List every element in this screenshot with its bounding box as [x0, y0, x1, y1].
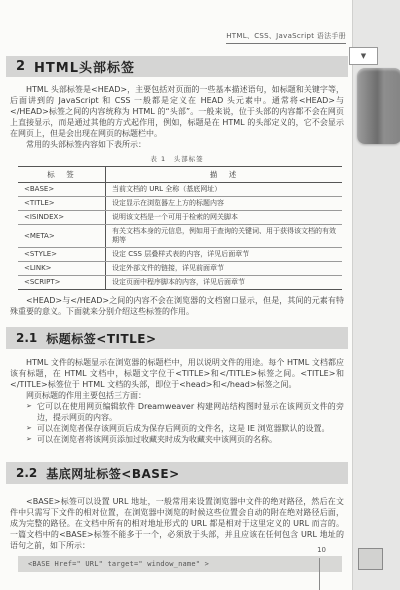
bullet-item: ➢ 可以在浏览者将该网页添加过收藏夹时成为收藏夹中该网页的名称。 [26, 434, 344, 445]
code-block: <BASE Href=" URL" target=" window_name" … [18, 556, 342, 572]
section21-paragraph-2: 网页标题的作用主要包括三方面： [6, 390, 348, 401]
table-header-row: 标 签 描 述 [18, 167, 342, 183]
table-row: <STYLE> 设定 CSS 层叠样式表的内容，详见后面章节 [18, 248, 342, 262]
section21-paragraph-1: HTML 文件的标题显示在浏览器的标题栏中，用以说明文件的用途。每个 HTML … [6, 357, 348, 390]
chapter-heading: 2 HTML头部标签 [6, 56, 348, 77]
section-number: 2.1 [16, 331, 37, 345]
page-number-rule [319, 558, 320, 590]
bottom-side-tab [358, 548, 383, 570]
section-heading-2-1: 2.1 标题标签<TITLE> [6, 327, 348, 349]
cell-desc: 当前文档的 URL 全称（基底网址） [105, 183, 342, 197]
arrow-bullet-icon: ➢ [26, 423, 37, 434]
bullet-item: ➢ 可以在浏览者保存该网页后成为保存后网页的文件名，这是 IE 浏览器默认的设置… [26, 423, 344, 434]
cell-desc: 设定页面中程序脚本的内容，详见后面章节 [105, 276, 342, 290]
dropdown-button: ▼ [349, 47, 378, 65]
arrow-bullet-icon: ➢ [26, 434, 37, 445]
section22-paragraph-1: <BASE>标签可以设置 URL 地址，一般常用来设置浏览器中文件的绝对路径，然… [6, 496, 348, 551]
running-header-text: HTML、CSS、JavaScript 语法手册 [226, 31, 346, 44]
cell-tag: <TITLE> [18, 197, 105, 211]
column-header-desc: 描 述 [105, 167, 342, 183]
table-row: <META> 有关文档本身的元信息，例如用于查询的关键词、用于获得该文档的有效期… [18, 225, 342, 248]
section-heading-2-2: 2.2 基底网址标签<BASE> [6, 462, 348, 484]
cell-desc: 设定外部文件的链接，详见前面章节 [105, 262, 342, 276]
triangle-down-icon: ▼ [361, 53, 366, 60]
cell-desc: 说明该文档是一个可用于检索的网关脚本 [105, 211, 342, 225]
bullet-text: 它可以在使用网页编辑软件 Dreamweaver 构建网站结构图时显示在该网页文… [37, 401, 344, 423]
cell-tag: <BASE> [18, 183, 105, 197]
table-row: <LINK> 设定外部文件的链接，详见前面章节 [18, 262, 342, 276]
page-edge-strip: ▼ [352, 0, 400, 590]
head-tags-table: 标 签 描 述 <BASE> 当前文档的 URL 全称（基底网址） <TITLE… [18, 166, 342, 290]
page-number: 10 [306, 546, 326, 554]
cell-tag: <LINK> [18, 262, 105, 276]
section-number: 2.2 [16, 466, 37, 480]
table-row: <TITLE> 设定显示在浏览器左上方的标题内容 [18, 197, 342, 211]
section-title: 标题标签<TITLE> [46, 330, 156, 347]
bullet-text: 可以在浏览者将该网页添加过收藏夹时成为收藏夹中该网页的名称。 [37, 434, 344, 445]
bullet-item: ➢ 它可以在使用网页编辑软件 Dreamweaver 构建网站结构图时显示在该网… [26, 401, 344, 423]
bullet-text: 可以在浏览者保存该网页后成为保存后网页的文件名，这是 IE 浏览器默认的设置。 [37, 423, 344, 434]
column-header-tag: 标 签 [18, 167, 105, 183]
table-caption: 表 1 头部标签 [6, 154, 348, 163]
section-title: 基底网址标签<BASE> [46, 465, 179, 482]
cell-tag: <META> [18, 225, 105, 248]
table-row: <SCRIPT> 设定页面中程序脚本的内容，详见后面章节 [18, 276, 342, 290]
table-row: <BASE> 当前文档的 URL 全称（基底网址） [18, 183, 342, 197]
book-page: HTML、CSS、JavaScript 语法手册 2 HTML头部标签 HTML… [0, 0, 400, 590]
cell-desc: 设定 CSS 层叠样式表的内容，详见后面章节 [105, 248, 342, 262]
chapter-title: HTML头部标签 [34, 57, 135, 76]
cell-tag: <ISINDEX> [18, 211, 105, 225]
running-header: HTML、CSS、JavaScript 语法手册 [6, 23, 348, 44]
chapter-paragraph-1: HTML 头部标签是<HEAD>，主要包括对页面的一些基本描述语句，如标题和关键… [6, 84, 348, 139]
cell-desc: 设定显示在浏览器左上方的标题内容 [105, 197, 342, 211]
chapter-number: 2 [16, 59, 25, 74]
table-row: <ISINDEX> 说明该文档是一个可用于检索的网关脚本 [18, 211, 342, 225]
cell-tag: <STYLE> [18, 248, 105, 262]
arrow-bullet-icon: ➢ [26, 401, 37, 412]
cell-tag: <SCRIPT> [18, 276, 105, 290]
chapter-paragraph-2: 常用的头部标签内容如下表所示： [6, 139, 348, 150]
chapter-side-tab [357, 68, 400, 144]
code-text: <BASE Href=" URL" target=" window_name" … [28, 560, 209, 568]
page-content: HTML、CSS、JavaScript 语法手册 2 HTML头部标签 HTML… [6, 0, 348, 572]
cell-desc: 有关文档本身的元信息，例如用于查询的关键词、用于获得该文档的有效期等 [105, 225, 342, 248]
bullet-list: ➢ 它可以在使用网页编辑软件 Dreamweaver 构建网站结构图时显示在该网… [6, 401, 348, 445]
chapter-paragraph-after-table: <HEAD>与</HEAD>之间的内容不会在浏览器的文档窗口显示，但是，其间的元… [6, 295, 348, 317]
